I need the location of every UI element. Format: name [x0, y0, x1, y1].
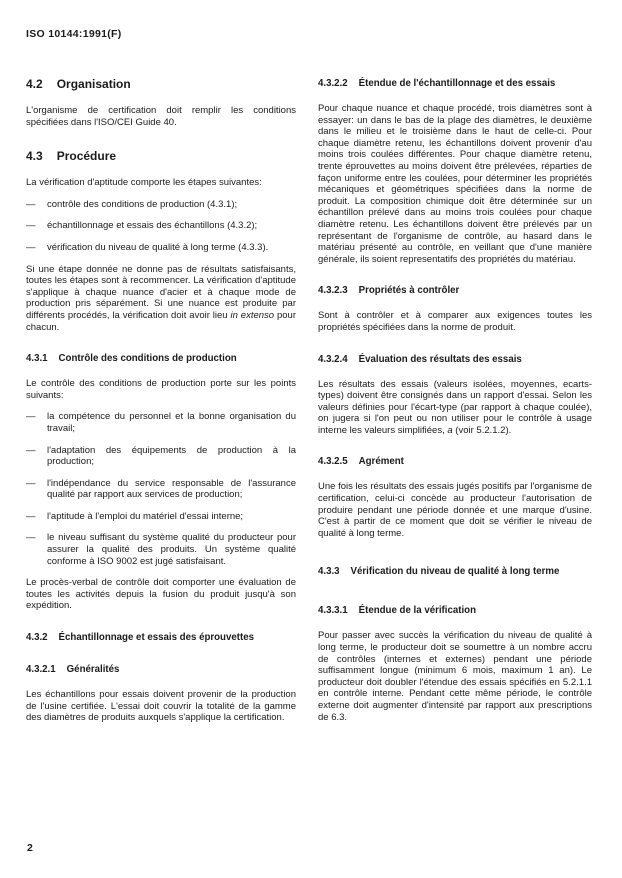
paragraph-4-3-3-1: Pour passer avec succès la vérification …: [318, 630, 592, 723]
heading-title: Organisation: [57, 77, 131, 91]
list-item-text: la compétence du personnel et la bonne o…: [47, 411, 296, 434]
dash-bullet: —: [26, 511, 47, 523]
heading-number: 4.3.2: [26, 632, 48, 643]
list-item-text: contrôle des conditions de production (4…: [47, 199, 296, 211]
paragraph-4-3-2-1: Les échantillons pour essais doivent pro…: [26, 689, 296, 724]
heading-title: Propriétés à contrôler: [359, 285, 460, 296]
heading-4-3-2-5: 4.3.2.5Agrément: [318, 456, 592, 468]
list-item: — le niveau suffisant du système qualité…: [26, 532, 296, 567]
heading-number: 4.3.1: [26, 353, 48, 364]
list-item-text: le niveau suffisant du système qualité d…: [47, 532, 296, 567]
list-item: — la compétence du personnel et la bonne…: [26, 411, 296, 434]
list-item: — échantillonnage et essais des échantil…: [26, 220, 296, 232]
heading-4-3-1: 4.3.1Contrôle des conditions de producti…: [26, 353, 296, 365]
dash-bullet: —: [26, 199, 47, 211]
dash-bullet: —: [26, 220, 47, 232]
list-item-text: l'indépendance du service responsable de…: [47, 478, 296, 501]
paragraph-4-2: L'organisme de certification doit rempli…: [26, 105, 296, 128]
heading-title: Échantillonnage et essais des éprouvette…: [59, 632, 254, 643]
paragraph-4-3-1-close: Le procès-verbal de contrôle doit compor…: [26, 577, 296, 612]
dash-bullet: —: [26, 478, 47, 501]
list-item: — l'indépendance du service responsable …: [26, 478, 296, 501]
heading-title: Évaluation des résultats des essais: [359, 354, 522, 365]
paragraph-4-3-2-4: Les résultats des essais (valeurs isolée…: [318, 379, 592, 437]
heading-number: 4.3.3: [318, 566, 340, 577]
list-item: — contrôle des conditions de production …: [26, 199, 296, 211]
heading-title: Contrôle des conditions de production: [59, 353, 237, 364]
heading-title: Généralités: [67, 664, 120, 675]
heading-number: 4.3.2.5: [318, 456, 348, 467]
list-item: — l'aptitude à l'emploi du matériel d'es…: [26, 511, 296, 523]
list-item-text: échantillonnage et essais des échantillo…: [47, 220, 296, 232]
dash-bullet: —: [26, 242, 47, 254]
heading-number: 4.3.2.3: [318, 285, 348, 296]
heading-4-3-2-2: 4.3.2.2Étendue de l'échantillonnage et d…: [318, 78, 592, 90]
heading-number: 4.3.2.4: [318, 354, 348, 365]
heading-number: 4.2: [26, 77, 43, 91]
heading-4-3-3-1: 4.3.3.1Étendue de la vérification: [318, 605, 592, 617]
dash-bullet: —: [26, 532, 47, 567]
heading-4-3-3: 4.3.3Vérification du niveau de qualité à…: [318, 566, 592, 578]
document-reference: ISO 10144:1991(F): [26, 28, 592, 40]
right-column: 4.3.2.2Étendue de l'échantillonnage et d…: [318, 78, 592, 734]
page-number: 2: [27, 842, 33, 854]
list-item: — vérification du niveau de qualité à lo…: [26, 242, 296, 254]
heading-4-2: 4.2Organisation: [26, 78, 296, 91]
heading-title: Étendue de la vérification: [359, 605, 476, 616]
heading-4-3-2: 4.3.2Échantillonnage et essais des éprou…: [26, 632, 296, 644]
heading-title: Étendue de l'échantillonnage et des essa…: [359, 78, 556, 89]
paragraph-4-3-1-intro: Le contrôle des conditions de production…: [26, 378, 296, 401]
paragraph-4-3-2-3: Sont à contrôler et à comparer aux exige…: [318, 310, 592, 333]
heading-title: Vérification du niveau de qualité à long…: [351, 566, 560, 577]
dash-bullet: —: [26, 445, 47, 468]
paragraph-text: (voir 5.2.1.2).: [453, 425, 512, 436]
paragraph-4-3-after: Si une étape donnée ne donne pas de résu…: [26, 264, 296, 334]
dash-bullet: —: [26, 411, 47, 434]
heading-4-3: 4.3Procédure: [26, 150, 296, 163]
heading-number: 4.3.2.2: [318, 78, 348, 89]
left-column: 4.2Organisation L'organisme de certifica…: [26, 78, 296, 734]
paragraph-4-3-2-5: Une fois les résultats des essais jugés …: [318, 481, 592, 539]
list-item-text: vérification du niveau de qualité à long…: [47, 242, 296, 254]
paragraph-4-3-2-2: Pour chaque nuance et chaque procédé, tr…: [318, 103, 592, 265]
heading-4-3-2-4: 4.3.2.4Évaluation des résultats des essa…: [318, 354, 592, 366]
heading-4-3-2-3: 4.3.2.3Propriétés à contrôler: [318, 285, 592, 297]
heading-title: Procédure: [57, 149, 116, 163]
heading-number: 4.3.2.1: [26, 664, 56, 675]
italic-phrase: in extenso: [230, 310, 274, 321]
list-item-text: l'aptitude à l'emploi du matériel d'essa…: [47, 511, 296, 523]
document-page: ISO 10144:1991(F) 4.2Organisation L'orga…: [0, 0, 622, 878]
paragraph-4-3-intro: La vérification d'aptitude comporte les …: [26, 177, 296, 189]
two-column-layout: 4.2Organisation L'organisme de certifica…: [26, 78, 592, 734]
heading-4-3-2-1: 4.3.2.1Généralités: [26, 664, 296, 676]
heading-number: 4.3.3.1: [318, 605, 348, 616]
list-item-text: l'adaptation des équipements de producti…: [47, 445, 296, 468]
list-item: — l'adaptation des équipements de produc…: [26, 445, 296, 468]
heading-title: Agrément: [359, 456, 404, 467]
heading-number: 4.3: [26, 149, 43, 163]
